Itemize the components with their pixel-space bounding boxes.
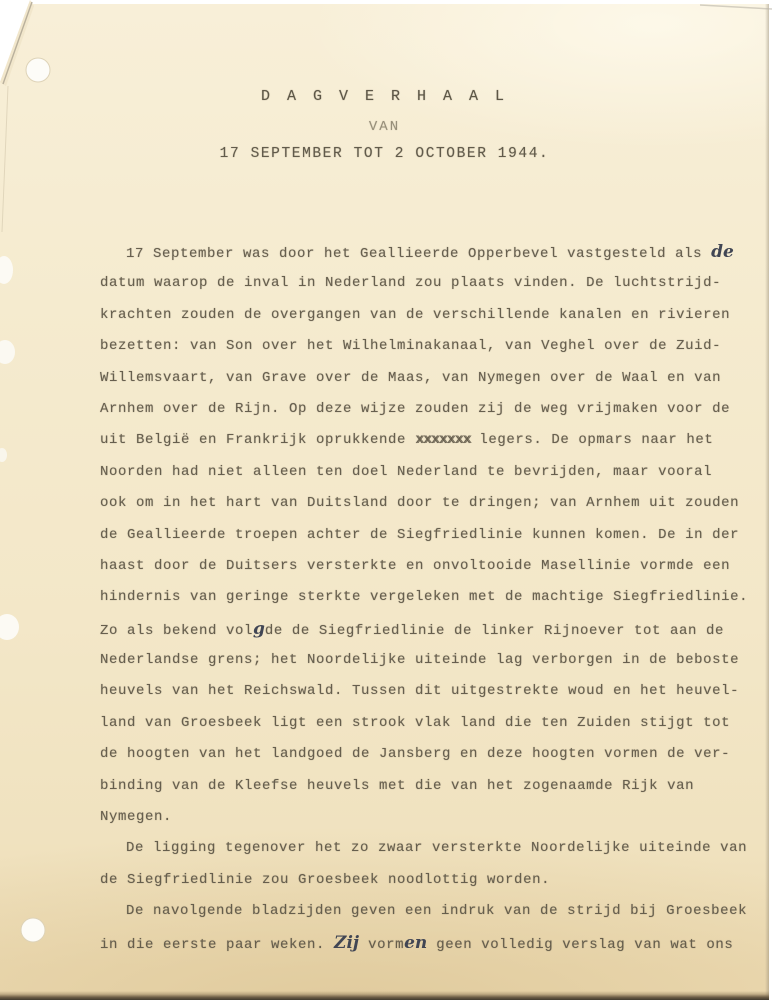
typed-line: bezetten: van Son over het Wilhelminakan… — [100, 331, 740, 362]
typed-line: uit België en Frankrijk oprukkende xxxxx… — [100, 425, 740, 456]
typed-text: vorm — [359, 937, 404, 953]
handwritten-correction: Zij — [334, 933, 359, 953]
paper-bottom-edge-shadow — [0, 991, 769, 1000]
typed-line: datum waarop de inval in Nederland zou p… — [100, 268, 740, 299]
handwritten-correction: en — [404, 933, 427, 953]
document-subtitle: VAN — [0, 119, 769, 135]
document-title: D A G V E R H A A L — [0, 88, 769, 105]
title-block: D A G V E R H A A L VAN 17 SEPTEMBER TOT… — [0, 88, 769, 162]
handwritten-correction: g — [253, 619, 265, 639]
typed-line: land van Groesbeek ligt een strook vlak … — [100, 708, 740, 739]
typed-line: hindernis van geringe sterkte vergeleken… — [100, 582, 740, 613]
typed-line: Nederlandse grens; het Noordelijke uitei… — [100, 645, 740, 676]
typed-text: legers. De opmars naar het — [470, 432, 713, 448]
typed-line: heuvels van het Reichswald. Tussen dit u… — [100, 676, 740, 707]
typed-line: de Geallieerde troepen achter de Siegfri… — [100, 520, 740, 551]
typed-line: Zo als bekend volgde de Siegfriedlinie d… — [100, 614, 740, 645]
typed-line: De navolgende bladzijden geven een indru… — [100, 896, 740, 927]
typed-text: 17 September was door het Geallieerde Op… — [126, 246, 711, 262]
typed-line: Nymegen. — [100, 802, 740, 833]
paper-sheet: D A G V E R H A A L VAN 17 SEPTEMBER TOT… — [0, 4, 769, 1000]
typed-line: De ligging tegenover het zo zwaar verste… — [100, 833, 740, 864]
typed-strikeout-word: xxxxxxx — [415, 432, 470, 448]
typed-line: haast door de Duitsers versterkte en onv… — [100, 551, 740, 582]
typed-line: Arnhem over de Rijn. Op deze wijze zoude… — [100, 394, 740, 425]
handwritten-correction: de — [711, 242, 734, 262]
document-body: 17 September was door het Geallieerde Op… — [100, 237, 740, 959]
document-date: 17 SEPTEMBER TOT 2 OCTOBER 1944. — [0, 146, 769, 162]
typed-line: Noorden had niet alleen ten doel Nederla… — [100, 457, 740, 488]
typed-text: de de Siegfriedlinie de linker Rijnoever… — [265, 623, 724, 639]
typed-line: binding van de Kleefse heuvels met die v… — [100, 771, 740, 802]
typed-line: in die eerste paar weken. Zij vormen gee… — [100, 928, 740, 959]
typed-line: krachten zouden de overgangen van de ver… — [100, 300, 740, 331]
typed-line: 17 September was door het Geallieerde Op… — [100, 237, 740, 268]
typed-text: Zo als bekend vol — [100, 623, 253, 639]
typed-line: ook om in het hart van Duitsland door te… — [100, 488, 740, 519]
typed-line: Willemsvaart, van Grave over de Maas, va… — [100, 363, 740, 394]
scanned-document-page: D A G V E R H A A L VAN 17 SEPTEMBER TOT… — [0, 0, 772, 1000]
typed-text: in die eerste paar weken. — [100, 937, 334, 953]
typed-text: uit België en Frankrijk oprukkende — [100, 432, 415, 448]
typed-line: de Siegfriedlinie zou Groesbeek noodlott… — [100, 865, 740, 896]
typed-text: geen volledig verslag van wat ons — [427, 937, 733, 953]
typed-line: de hoogten van het landgoed de Jansberg … — [100, 739, 740, 770]
